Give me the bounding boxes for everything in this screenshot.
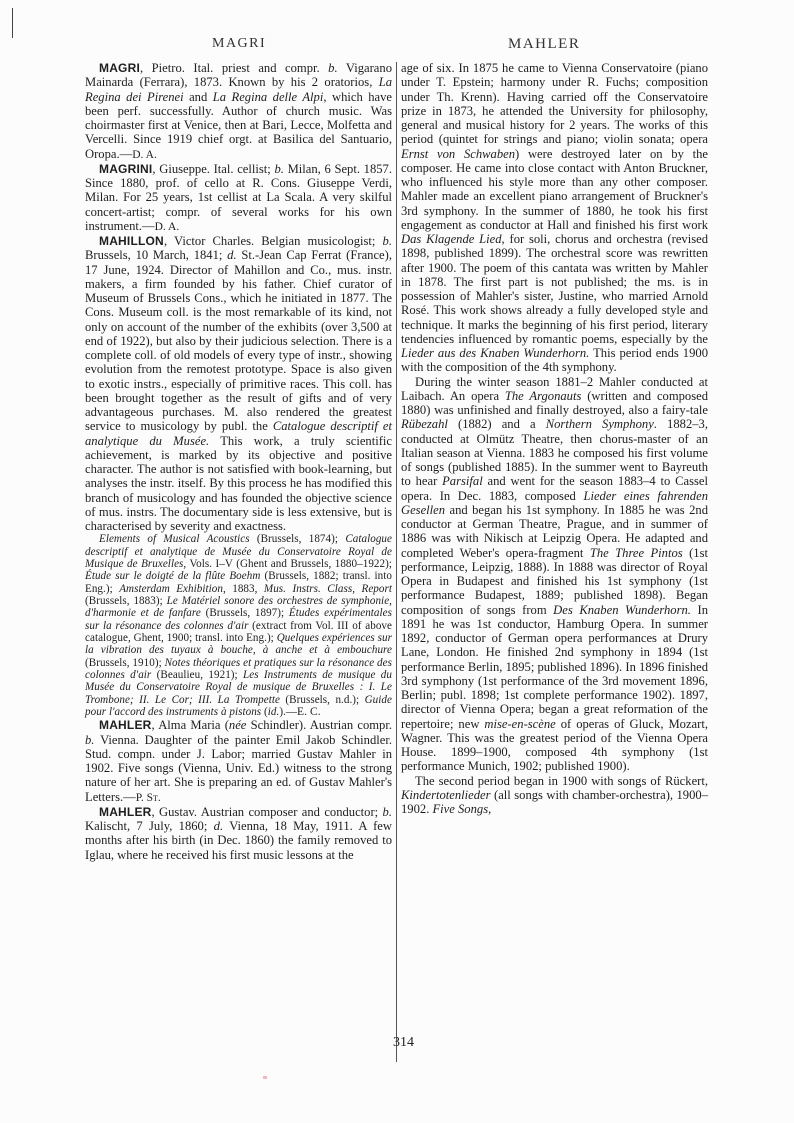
headword: MAHILLON: [99, 234, 164, 248]
work-title: Das Klagende Lied: [401, 232, 502, 246]
running-head-right: MAHLER: [508, 36, 580, 53]
entry-magri: MAGRI, Pietro. Ital. priest and compr. b…: [85, 61, 392, 162]
contributor-signature: E. C.: [297, 706, 321, 718]
entry-mahillon: MAHILLON, Victor Charles. Belgian musico…: [85, 234, 392, 533]
column-divider: [396, 62, 397, 1062]
right-column: age of six. In 1875 he came to Vienna Co…: [401, 61, 708, 816]
entry-mahler-gustav: MAHLER, Gustav. Austrian composer and co…: [85, 805, 392, 862]
headword: MAHLER: [99, 805, 152, 819]
contributor-signature: P. St.: [136, 792, 161, 804]
headword: MAHLER: [99, 718, 152, 732]
work-title: Ernst von Schwaben: [401, 147, 515, 161]
paragraph-mahler-second-period: The second period began in 1900 with son…: [401, 774, 708, 817]
crop-mark: [12, 8, 13, 38]
headword: MAGRINI: [99, 162, 152, 176]
entry-magrini: MAGRINI, Giuseppe. Ital. cellist; b. Mil…: [85, 162, 392, 234]
scan-artifact: [263, 1076, 267, 1079]
work-title: La Regina delle Alpi: [213, 90, 324, 104]
bibliography-mahillon: Elements of Musical Acoustics (Brussels,…: [85, 533, 392, 718]
work-title: Lieder aus des Knaben Wunderhorn.: [401, 346, 589, 360]
entry-mahler-alma: MAHLER, Alma Maria (née Schindler). Aust…: [85, 718, 392, 805]
left-column: MAGRI, Pietro. Ital. priest and compr. b…: [85, 61, 392, 862]
contributor-signature: D. A.: [155, 221, 180, 233]
contributor-signature: D. A.: [132, 149, 157, 161]
page-number: 314: [393, 1035, 414, 1051]
paragraph-mahler-career: During the winter season 1881–2 Mahler c…: [401, 375, 708, 774]
running-head-left: MAGRI: [212, 36, 266, 52]
headword: MAGRI: [99, 61, 140, 75]
paragraph-mahler-continued: age of six. In 1875 he came to Vienna Co…: [401, 61, 708, 375]
